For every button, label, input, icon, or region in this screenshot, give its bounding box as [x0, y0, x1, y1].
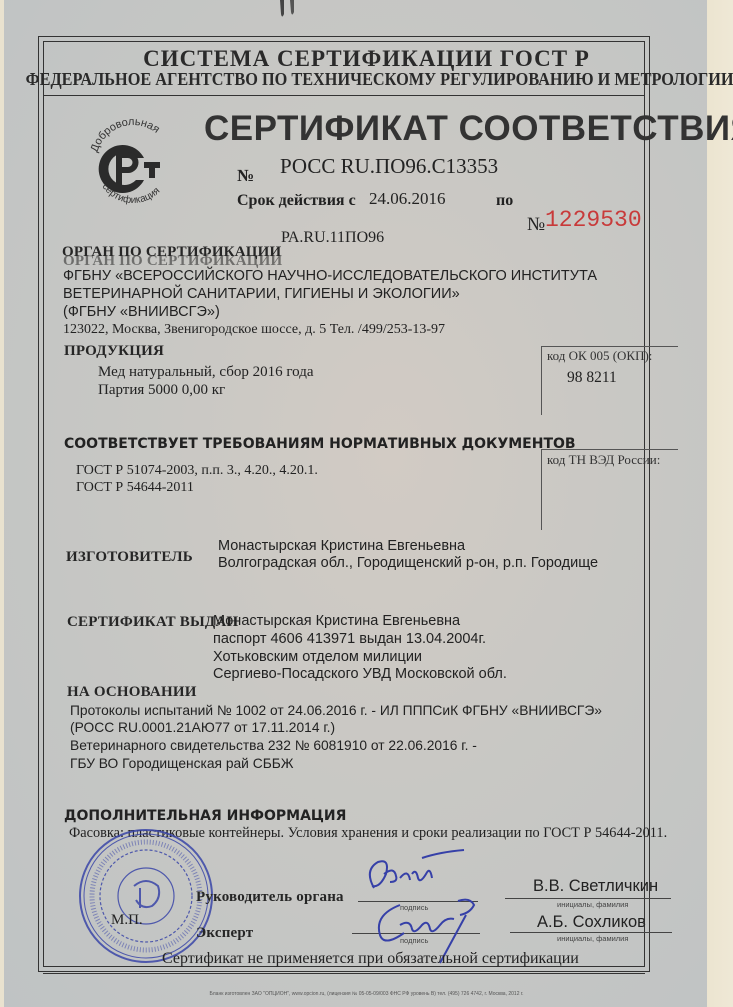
expert-name: А.Б. Сохликов	[537, 913, 646, 932]
certification-body-address: 123022, Москва, Звенигородское шоссе, д.…	[63, 322, 445, 338]
serial-number: 1229530	[545, 207, 642, 233]
basis-line: Ветеринарного свидетельства 232 № 608191…	[70, 738, 477, 753]
expert-label: Эксперт	[196, 925, 253, 942]
head-name-caption: инициалы, фамилия	[557, 900, 628, 909]
basis-line: ГБУ ВО Городищенская рай СББЖ	[70, 756, 294, 771]
basis-line: (РОСС RU.0001.21АЮ77 от 17.11.2014 г.)	[70, 720, 335, 735]
basis-heading: НА ОСНОВАНИИ	[67, 684, 197, 701]
agency-name: ФЕДЕРАЛЬНОЕ АГЕНТСТВО ПО ТЕХНИЧЕСКОМУ РЕ…	[26, 69, 708, 90]
okp-code-label: код ОК 005 (ОКП):	[547, 348, 652, 364]
head-name-line	[505, 898, 671, 899]
product-line: Мед натуральный, сбор 2016 года	[98, 364, 314, 381]
stamp-placeholder-label: М.П.	[111, 912, 143, 929]
serial-sign: №	[527, 214, 545, 236]
manufacturer-heading: ИЗГОТОВИТЕЛЬ	[66, 549, 193, 566]
head-of-body-label: Руководитель органа	[196, 889, 344, 906]
footer-notice: Сертификат не применяется при обязательн…	[162, 950, 579, 968]
compliance-document: ГОСТ Р 51074-2003, п.п. 3., 4.20., 4.20.…	[76, 463, 318, 479]
validity-label: Срок действия с	[237, 192, 356, 210]
accreditation-number: РА.RU.11ПО96	[281, 229, 384, 247]
issued-to-line: паспорт 4606 413971 выдан 13.04.2004г.	[213, 631, 486, 647]
issued-to-line: Сергиево-Посадского УВД Московской обл.	[213, 666, 507, 682]
rst-logo-icon: Добровольная сертификация	[86, 118, 180, 212]
expert-name-line	[510, 932, 672, 933]
manufacturer-line: Волгоградская обл., Городищенский р-он, …	[218, 555, 598, 571]
expert-name-caption: инициалы, фамилия	[557, 934, 628, 943]
head-name: В.В. Светличкин	[533, 877, 658, 896]
certificate-title: СЕРТИФИКАТ СООТВЕТСТВИЯ	[204, 109, 733, 149]
certification-body-line: ФГБНУ «ВСЕРОССИЙСКОГО НАУЧНО-ИССЛЕДОВАТЕ…	[63, 268, 597, 284]
number-sign: №	[237, 166, 254, 186]
issued-to-line: Хотьковским отделом милиции	[213, 649, 422, 665]
compliance-heading: СООТВЕТСТВУЕТ ТРЕБОВАНИЯМ НОРМАТИВНЫХ ДО…	[64, 436, 576, 452]
product-line: Партия 5000 0,00 кг	[98, 382, 225, 399]
manufacturer-line: Монастырская Кристина Евгеньевна	[218, 538, 465, 554]
okp-code-value: 98 8211	[567, 369, 617, 387]
binder-clip-icon	[272, 0, 300, 20]
certification-body-line: (ФГБНУ «ВНИИВСГЭ»)	[63, 304, 220, 320]
issued-to-line: Монастырская Кристина Евгеньевна	[213, 613, 460, 629]
additional-info-heading: ДОПОЛНИТЕЛЬНАЯ ИНФОРМАЦИЯ	[64, 808, 346, 824]
seal-stamp-icon	[76, 826, 216, 966]
valid-to-label: по	[496, 192, 513, 210]
printer-imprint: Бланк изготовлен ЗАО "ОПЦИОН", www.opcio…	[0, 991, 733, 997]
valid-from-date: 24.06.2016	[369, 189, 446, 209]
basis-line: Протоколы испытаний № 1002 от 24.06.2016…	[70, 703, 602, 718]
products-heading: ПРОДУКЦИЯ	[64, 343, 164, 360]
footer-divider	[43, 973, 645, 974]
certification-body-line: ВЕТЕРИНАРНОЙ САНИТАРИИ, ГИГИЕНЫ И ЭКОЛОГ…	[63, 286, 460, 302]
certificate-number: РОСС RU.ПО96.С13353	[280, 154, 498, 179]
compliance-document: ГОСТ Р 54644-2011	[76, 480, 194, 496]
header-divider	[43, 95, 645, 96]
tnved-code-label: код ТН ВЭД России:	[547, 452, 660, 468]
